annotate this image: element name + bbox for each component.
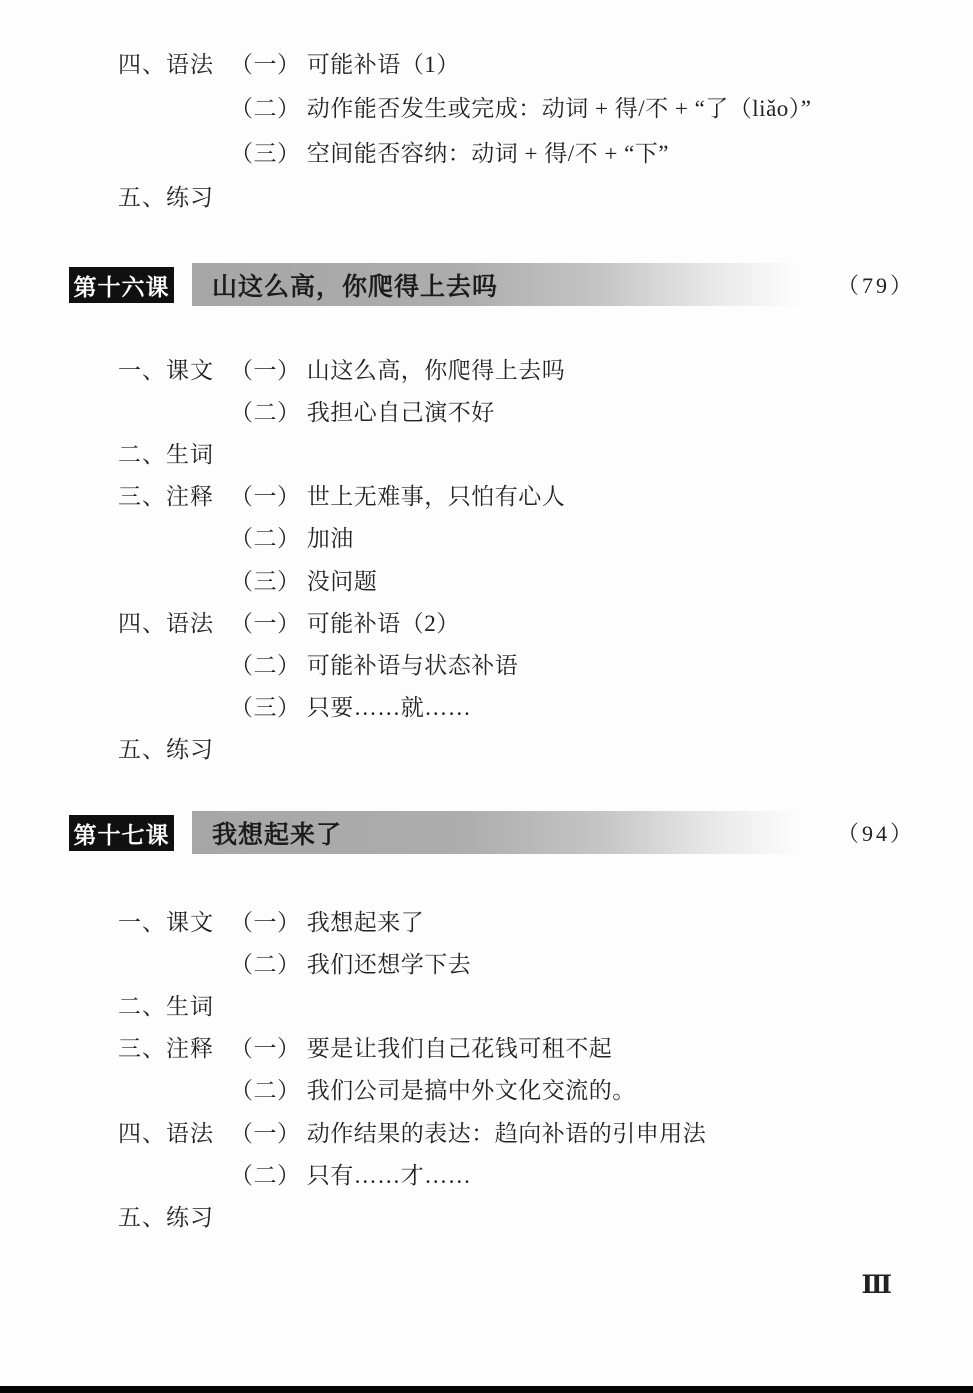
lesson-17-page-ref: （94） — [837, 811, 915, 854]
toc-level1-label: 三、注释 — [118, 1030, 230, 1063]
toc-subitem-text: （一） 我想起来了 — [230, 904, 424, 937]
toc-row: （二） 可能补语与状态补语 — [118, 642, 943, 684]
toc-row: 二、生词 — [118, 983, 943, 1025]
toc-subitem-text: （三） 空间能否容纳：动词 + 得/不 + “下” — [230, 135, 669, 168]
toc-row: 四、语法（一） 动作结果的表达：趋向补语的引申用法 — [118, 1110, 943, 1152]
page-bottom-scan-edge — [0, 1386, 973, 1393]
toc-subitem-text: （一） 可能补语（2） — [230, 605, 460, 638]
toc-block-lesson-16: 一、课文（一） 山这么高，你爬得上去吗（二） 我担心自己演不好二、生词三、注释（… — [118, 347, 943, 769]
toc-level1-label: 二、生词 — [118, 988, 230, 1021]
toc-block-previous-lesson: 四、语法（一） 可能补语（1）（二） 动作能否发生或完成：动词 + 得/不 + … — [118, 40, 943, 218]
toc-row: 五、练习 — [118, 1194, 943, 1236]
toc-subitem-text: （一） 可能补语（1） — [230, 46, 460, 79]
toc-row: （二） 动作能否发生或完成：动词 + 得/不 + “了（liǎo）” — [118, 85, 943, 130]
toc-level1-label: 三、注释 — [118, 478, 230, 511]
lesson-17-number-box: 第十七课 — [69, 815, 174, 851]
toc-row: 一、课文（一） 我想起来了 — [118, 899, 943, 941]
lesson-17-header: 第十七课 我想起来了 （94） — [0, 811, 973, 854]
toc-level1-label: 五、练习 — [118, 1199, 230, 1232]
toc-level1-label: 五、练习 — [118, 179, 230, 212]
toc-subitem-text: （三） 只要……就…… — [230, 689, 471, 722]
toc-subitem-text: （二） 只有……才…… — [230, 1157, 471, 1190]
toc-subitem-text: （一） 动作结果的表达：趋向补语的引申用法 — [230, 1115, 706, 1148]
toc-row: （三） 没问题 — [118, 558, 943, 600]
toc-level1-label: 一、课文 — [118, 352, 230, 385]
lesson-16-page-ref: （79） — [837, 263, 915, 306]
toc-row: 三、注释（一） 世上无难事，只怕有心人 — [118, 474, 943, 516]
lesson-16-number-box: 第十六课 — [69, 267, 174, 303]
toc-row: 三、注释（一） 要是让我们自己花钱可租不起 — [118, 1026, 943, 1068]
toc-row: 四、语法（一） 可能补语（2） — [118, 600, 943, 642]
toc-subitem-text: （三） 没问题 — [230, 563, 377, 596]
toc-subitem-text: （二） 我担心自己演不好 — [230, 394, 495, 427]
toc-row: （二） 我担心自己演不好 — [118, 389, 943, 431]
toc-block-lesson-17: 一、课文（一） 我想起来了（二） 我们还想学下去二、生词三、注释（一） 要是让我… — [118, 899, 943, 1237]
toc-row: （三） 空间能否容纳：动词 + 得/不 + “下” — [118, 129, 943, 174]
page-number-roman: Ⅲ — [862, 1270, 892, 1300]
lesson-16-header: 第十六课 山这么高，你爬得上去吗 （79） — [0, 263, 973, 306]
toc-subitem-text: （二） 我们公司是搞中外文化交流的。 — [230, 1072, 636, 1105]
toc-page: 四、语法（一） 可能补语（1）（二） 动作能否发生或完成：动词 + 得/不 + … — [0, 0, 973, 1393]
lesson-16-title: 山这么高，你爬得上去吗 — [212, 267, 498, 303]
toc-level1-label: 四、语法 — [118, 605, 230, 638]
toc-row: 一、课文（一） 山这么高，你爬得上去吗 — [118, 347, 943, 389]
toc-row: 二、生词 — [118, 431, 943, 473]
toc-subitem-text: （二） 我们还想学下去 — [230, 946, 471, 979]
toc-level1-label: 一、课文 — [118, 904, 230, 937]
toc-row: （二） 只有……才…… — [118, 1152, 943, 1194]
toc-subitem-text: （二） 加油 — [230, 520, 354, 553]
toc-level1-label: 四、语法 — [118, 1115, 230, 1148]
toc-row: （二） 我们还想学下去 — [118, 941, 943, 983]
lesson-16-title-bar: 山这么高，你爬得上去吗 — [192, 263, 800, 306]
lesson-17-title-bar: 我想起来了 — [192, 811, 800, 854]
toc-subitem-text: （二） 可能补语与状态补语 — [230, 647, 518, 680]
toc-row: 四、语法（一） 可能补语（1） — [118, 40, 943, 85]
toc-level1-label: 二、生词 — [118, 436, 230, 469]
toc-row: 五、练习 — [118, 727, 943, 769]
toc-subitem-text: （一） 山这么高，你爬得上去吗 — [230, 352, 565, 385]
lesson-17-title: 我想起来了 — [212, 815, 342, 851]
toc-subitem-text: （一） 世上无难事，只怕有心人 — [230, 478, 565, 511]
toc-row: 五、练习 — [118, 174, 943, 219]
toc-subitem-text: （一） 要是让我们自己花钱可租不起 — [230, 1030, 612, 1063]
toc-row: （二） 加油 — [118, 516, 943, 558]
toc-subitem-text: （二） 动作能否发生或完成：动词 + 得/不 + “了（liǎo）” — [230, 90, 812, 123]
toc-level1-label: 四、语法 — [118, 46, 230, 79]
toc-row: （二） 我们公司是搞中外文化交流的。 — [118, 1068, 943, 1110]
toc-row: （三） 只要……就…… — [118, 685, 943, 727]
toc-level1-label: 五、练习 — [118, 731, 230, 764]
